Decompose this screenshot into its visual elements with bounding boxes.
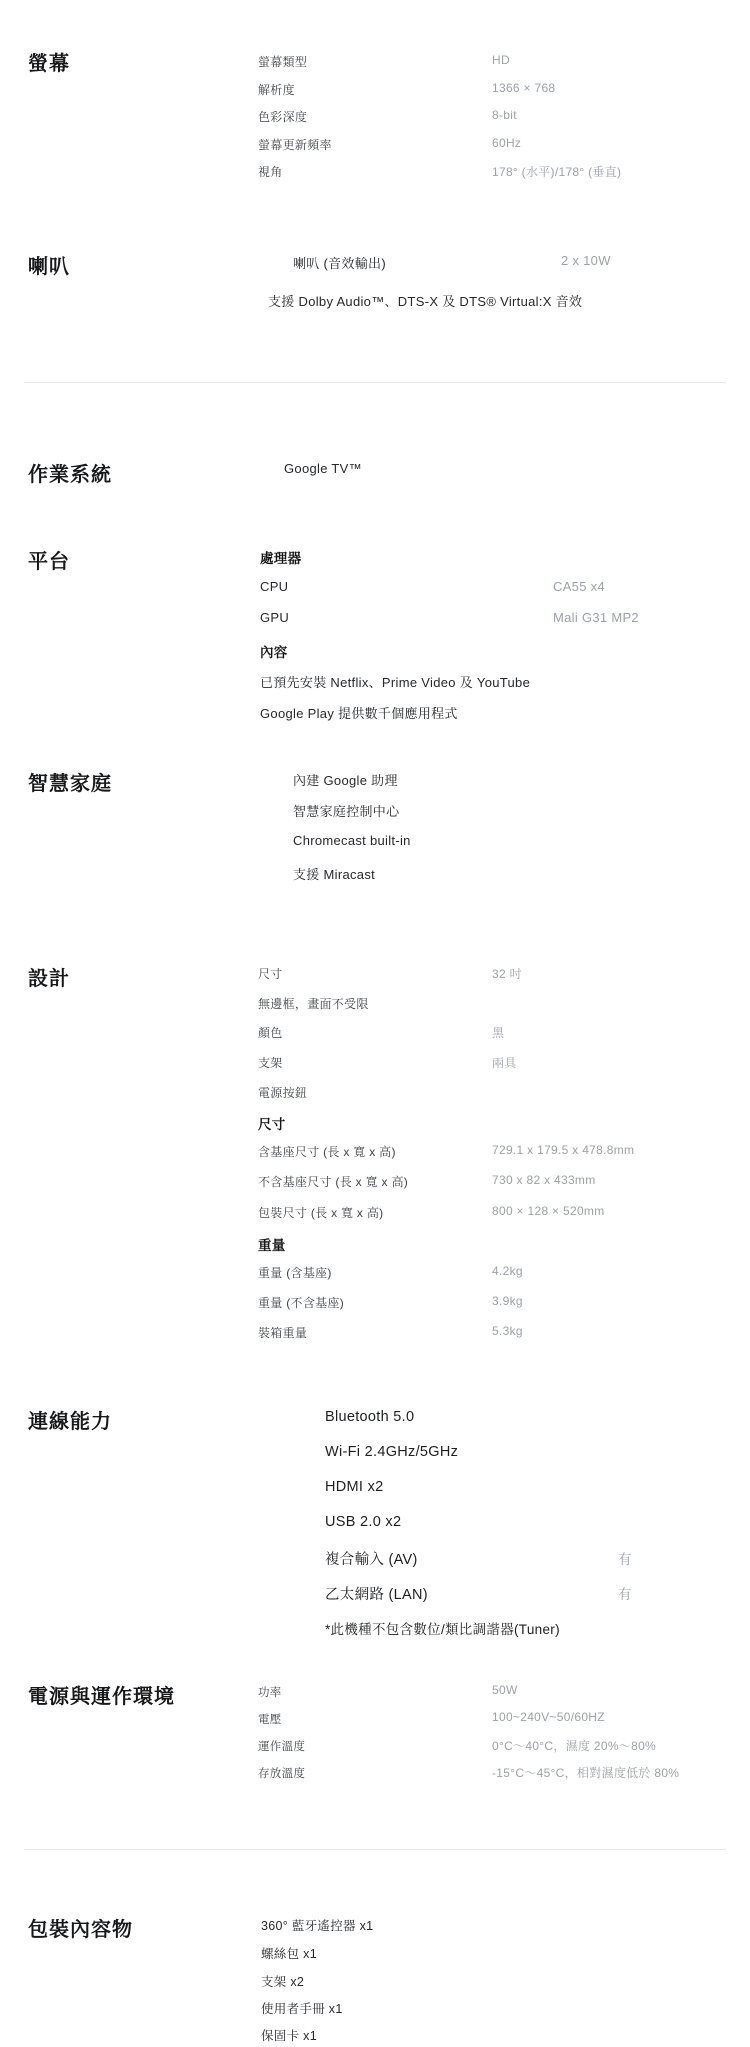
spec-label: 電壓	[258, 1711, 282, 1727]
spec-value: 兩具	[492, 1054, 517, 1071]
section-title-smart-home: 智慧家庭	[28, 767, 112, 796]
spec-label: 尺寸	[258, 965, 283, 982]
spec-label: 視角	[258, 163, 283, 180]
section-title-speaker: 喇叭	[28, 250, 70, 279]
spec-value: 黑	[492, 1024, 504, 1041]
spec-value: -15°C～45°C，相對濕度低於 80%	[492, 1764, 679, 1781]
feature-line: Google TV™	[284, 461, 362, 476]
spec-value: 3.9kg	[492, 1294, 523, 1308]
feature-line: 已預先安裝 Netflix、Prime Video 及 YouTube	[260, 672, 530, 691]
spec-value: 0°C～40°C，濕度 20%～80%	[492, 1737, 656, 1754]
spec-value: 60Hz	[492, 136, 521, 150]
feature-line: USB 2.0 x2	[325, 1514, 401, 1530]
spec-value: 8-bit	[492, 108, 517, 122]
spec-label: 螢幕類型	[258, 53, 307, 70]
spec-value: 32 吋	[492, 965, 522, 982]
package-item: 360° 藍牙遙控器 x1	[261, 1916, 373, 1934]
spec-label: 存放溫度	[258, 1765, 305, 1781]
section-title-power: 電源與運作環境	[28, 1680, 175, 1709]
spec-label: 包裝尺寸 (長 x 寬 x 高)	[258, 1204, 383, 1221]
spec-value: 178° (水平)/178° (垂直)	[492, 163, 621, 180]
spec-value: 800 × 128 × 520mm	[492, 1204, 605, 1218]
spec-value: 730 x 82 x 433mm	[492, 1173, 596, 1187]
feature-line: 智慧家庭控制中心	[293, 801, 399, 820]
spec-value: Mali G31 MP2	[553, 610, 639, 625]
spec-label: 顏色	[258, 1024, 283, 1041]
section-title-os: 作業系統	[28, 458, 112, 487]
section-title-package: 包裝內容物	[28, 1913, 133, 1942]
spec-label: 不含基座尺寸 (長 x 寬 x 高)	[258, 1173, 408, 1190]
spec-label: GPU	[260, 610, 289, 625]
section-title-connectivity: 連線能力	[28, 1405, 112, 1434]
spec-label: 功率	[258, 1684, 282, 1700]
subsection-title: 處理器	[260, 547, 301, 567]
spec-value: HD	[492, 53, 510, 67]
subsection-title: 尺寸	[258, 1113, 286, 1133]
subsection-title: 重量	[258, 1234, 286, 1254]
section-title-screen: 螢幕	[28, 47, 70, 76]
feature-line: 內建 Google 助理	[293, 770, 398, 789]
divider	[24, 382, 726, 383]
feature-line: Wi-Fi 2.4GHz/5GHz	[325, 1444, 458, 1460]
spec-value: 4.2kg	[492, 1264, 523, 1278]
spec-label: 支架	[258, 1054, 283, 1071]
spec-label: 重量 (不含基座)	[258, 1294, 344, 1311]
spec-value: 729.1 x 179.5 x 478.8mm	[492, 1143, 634, 1157]
spec-value: 2 x 10W	[561, 253, 611, 268]
feature-line: 支援 Dolby Audio™、DTS-X 及 DTS® Virtual:X 音…	[268, 291, 582, 310]
spec-label: 複合輸入 (AV)	[325, 1548, 418, 1569]
spec-value: 50W	[492, 1683, 518, 1697]
feature-line: 支援 Miracast	[293, 864, 375, 883]
package-item: 保固卡 x1	[261, 2026, 317, 2044]
spec-label: 運作溫度	[258, 1738, 305, 1754]
divider	[24, 1849, 726, 1850]
spec-page: 螢幕 螢幕類型 HD 解析度 1366 × 768 色彩深度 8-bit 螢幕更…	[0, 0, 750, 2047]
spec-value: 100~240V~50/60HZ	[492, 1710, 605, 1724]
spec-label: 無邊框，畫面不受限	[258, 995, 369, 1012]
package-item: 螺絲包 x1	[261, 1944, 317, 1962]
tuner-note: *此機種不包含數位/類比調諧器(Tuner)	[325, 1618, 560, 1638]
subsection-title: 內容	[260, 641, 288, 661]
package-item: 支架 x2	[261, 1972, 304, 1990]
spec-label: 含基座尺寸 (長 x 寬 x 高)	[258, 1143, 396, 1160]
section-title-design: 設計	[28, 962, 70, 991]
spec-label: CPU	[260, 579, 288, 594]
spec-value: 1366 × 768	[492, 81, 555, 95]
spec-label: 螢幕更新頻率	[258, 136, 332, 153]
spec-value: 5.3kg	[492, 1324, 523, 1338]
feature-line: HDMI x2	[325, 1479, 384, 1495]
package-item: 使用者手冊 x1	[261, 1999, 343, 2017]
spec-label: 解析度	[258, 81, 295, 98]
feature-line: Chromecast built-in	[293, 833, 411, 848]
feature-line: Bluetooth 5.0	[325, 1409, 414, 1425]
spec-label: 乙太網路 (LAN)	[325, 1583, 428, 1604]
spec-value: 有	[618, 1583, 632, 1603]
spec-value: CA55 x4	[553, 579, 605, 594]
section-title-platform: 平台	[28, 545, 70, 574]
feature-line: Google Play 提供數千個應用程式	[260, 703, 458, 722]
spec-label: 色彩深度	[258, 108, 307, 125]
spec-label: 重量 (含基座)	[258, 1264, 332, 1281]
spec-value: 有	[618, 1548, 632, 1568]
spec-label: 裝箱重量	[258, 1324, 307, 1341]
spec-label: 喇叭 (音效輸出)	[293, 253, 386, 272]
spec-label: 電源按鈕	[258, 1084, 307, 1101]
